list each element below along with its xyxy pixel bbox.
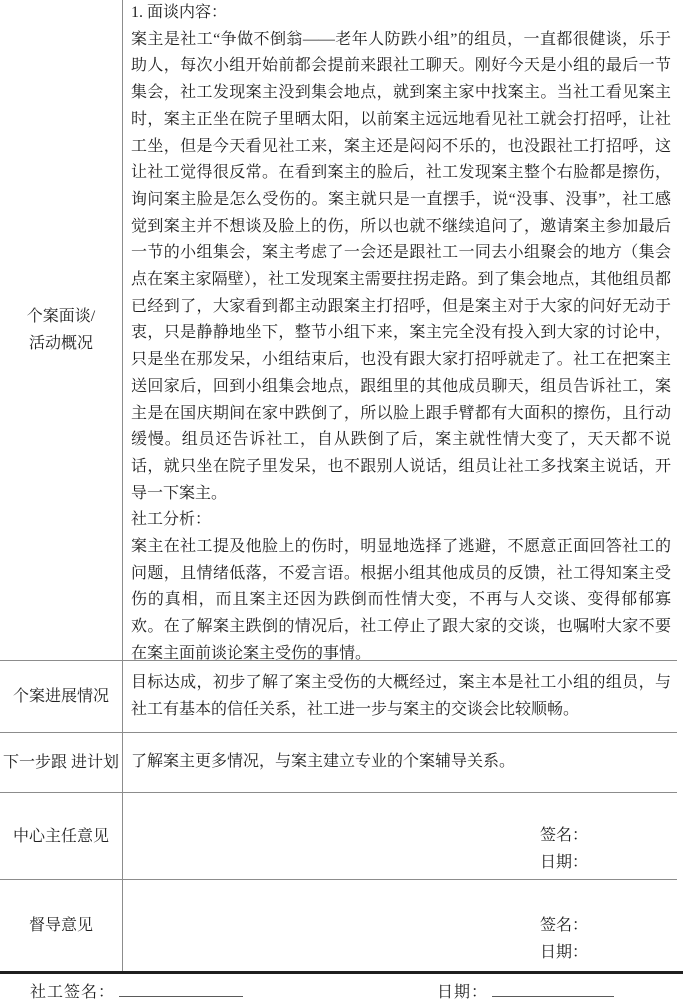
supervisor-date-label: 日期： <box>540 940 588 967</box>
director-signature-label: 签名： <box>540 823 588 850</box>
table-row-divider-1 <box>0 660 677 661</box>
supervisor-sign-block: 签名： 日期： <box>540 913 588 966</box>
worker-analysis-paragraph: 案主在社工提及他脸上的伤时，明显地选择了逃避，不愿意正面回答社工的问题，且情绪低… <box>131 534 671 668</box>
row-case-progress-label: 个案进展情况 <box>0 661 122 732</box>
case-report-sheet: 个案面谈/ 活动概况 1. 面谈内容： 案主是社工“争做不倒翁——老年人防跌小组… <box>0 0 683 1003</box>
table-row-divider-2 <box>0 732 677 733</box>
label-line-2: 活动概况 <box>29 330 93 357</box>
worker-signature-label: 社工签名： <box>30 984 115 1001</box>
interview-narrative-paragraph: 案主是社工“争做不倒翁——老年人防跌小组”的组员，一直都很健谈，乐于助人，每次小… <box>131 27 671 508</box>
row-next-plan-content: 了解案主更多情况，与案主建立专业的个案辅导关系。 <box>131 733 671 792</box>
row-case-progress-content: 目标达成，初步了解了案主受伤的大概经过，案主本是社工小组的组员，与社工有基本的信… <box>131 661 671 732</box>
worker-signature-blank-line <box>119 983 243 997</box>
supervisor-signature-label: 签名： <box>540 913 588 940</box>
row-supervisor-opinion: 督导意见 签名： 日期： <box>0 880 683 971</box>
row-supervisor-opinion-label: 督导意见 <box>0 880 122 971</box>
table-bottom-border <box>0 971 683 974</box>
director-sign-block: 签名： 日期： <box>540 823 588 876</box>
label-line-1: 个案面谈/ <box>27 303 95 330</box>
worker-signature-field: 社工签名： <box>30 979 243 1002</box>
row-interview-overview: 个案面谈/ 活动概况 1. 面谈内容： 案主是社工“争做不倒翁——老年人防跌小组… <box>0 0 683 660</box>
footer-date-blank-line <box>492 983 614 997</box>
row-next-plan-label: 下一步跟 进计划 <box>0 733 122 792</box>
row-interview-content: 1. 面谈内容： 案主是社工“争做不倒翁——老年人防跌小组”的组员，一直都很健谈… <box>131 0 671 660</box>
table-row-divider-3 <box>0 792 677 793</box>
row-case-progress: 个案进展情况 目标达成，初步了解了案主受伤的大概经过，案主本是社工小组的组员，与… <box>0 661 683 732</box>
table-column-divider <box>122 0 123 971</box>
director-date-label: 日期： <box>540 850 588 877</box>
footer-signature-row: 社工签名： 日期： <box>0 977 683 1001</box>
row-next-plan: 下一步跟 进计划 了解案主更多情况，与案主建立专业的个案辅导关系。 <box>0 733 683 792</box>
row-director-opinion: 中心主任意见 签名： 日期： <box>0 793 683 879</box>
case-progress-paragraph: 目标达成，初步了解了案主受伤的大概经过，案主本是社工小组的组员，与社工有基本的信… <box>131 670 671 723</box>
next-plan-paragraph: 了解案主更多情况，与案主建立专业的个案辅导关系。 <box>131 749 671 776</box>
table-row-divider-4 <box>0 879 677 880</box>
row-director-opinion-label: 中心主任意见 <box>0 793 122 879</box>
row-interview-label: 个案面谈/ 活动概况 <box>0 0 122 660</box>
footer-date-field: 日期： <box>437 979 614 1002</box>
interview-content-heading: 1. 面谈内容： <box>131 0 671 27</box>
footer-date-label: 日期： <box>437 984 488 1001</box>
worker-analysis-heading: 社工分析： <box>131 507 671 534</box>
